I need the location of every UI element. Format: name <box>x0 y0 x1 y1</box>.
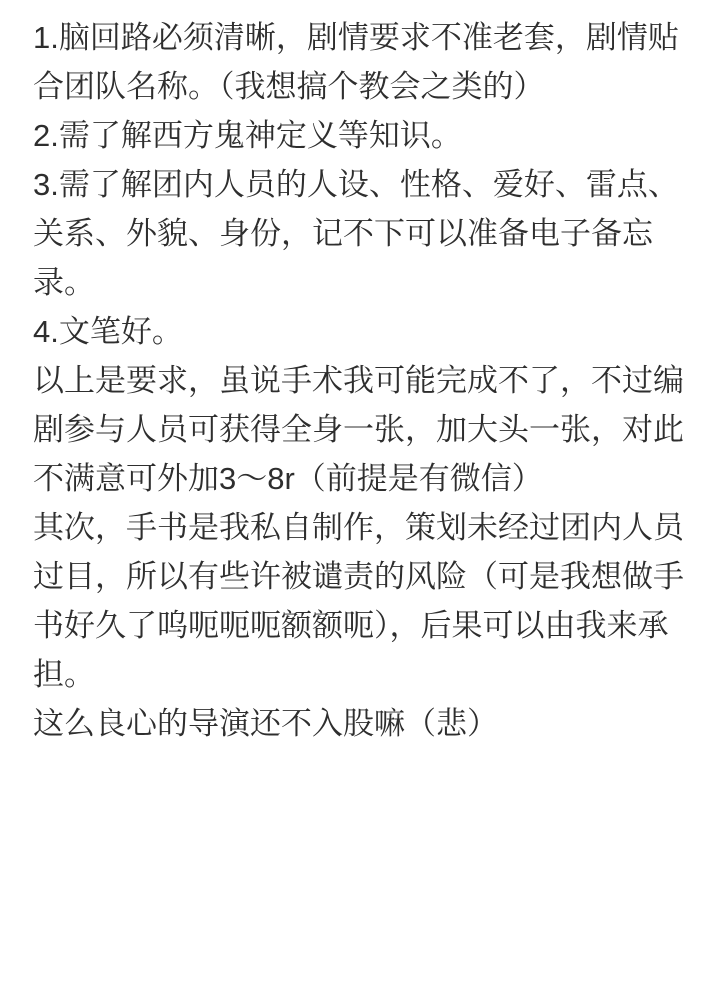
requirement-item-4: 4.文笔好。 <box>33 307 700 356</box>
terms-paragraph: 以上是要求，虽说手术我可能完成不了，不过编 剧参与人员可获得全身一张，加大头一张… <box>33 356 700 699</box>
requirement-item-3: 3.需了解团内人员的人设、性格、爱好、雷点、 关系、外貌、身份，记不下可以准备电… <box>33 160 700 307</box>
requirement-item-2: 2.需了解西方鬼神定义等知识。 <box>33 111 700 160</box>
requirement-item-1: 1.脑回路必须清晰，剧情要求不准老套，剧情贴 合团队名称。（我想搞个教会之类的） <box>33 13 700 111</box>
closing-remark: 这么良心的导演还不入股嘛（悲） <box>33 699 700 748</box>
note-page: 1.脑回路必须清晰，剧情要求不准老套，剧情贴 合团队名称。（我想搞个教会之类的）… <box>0 0 720 1000</box>
